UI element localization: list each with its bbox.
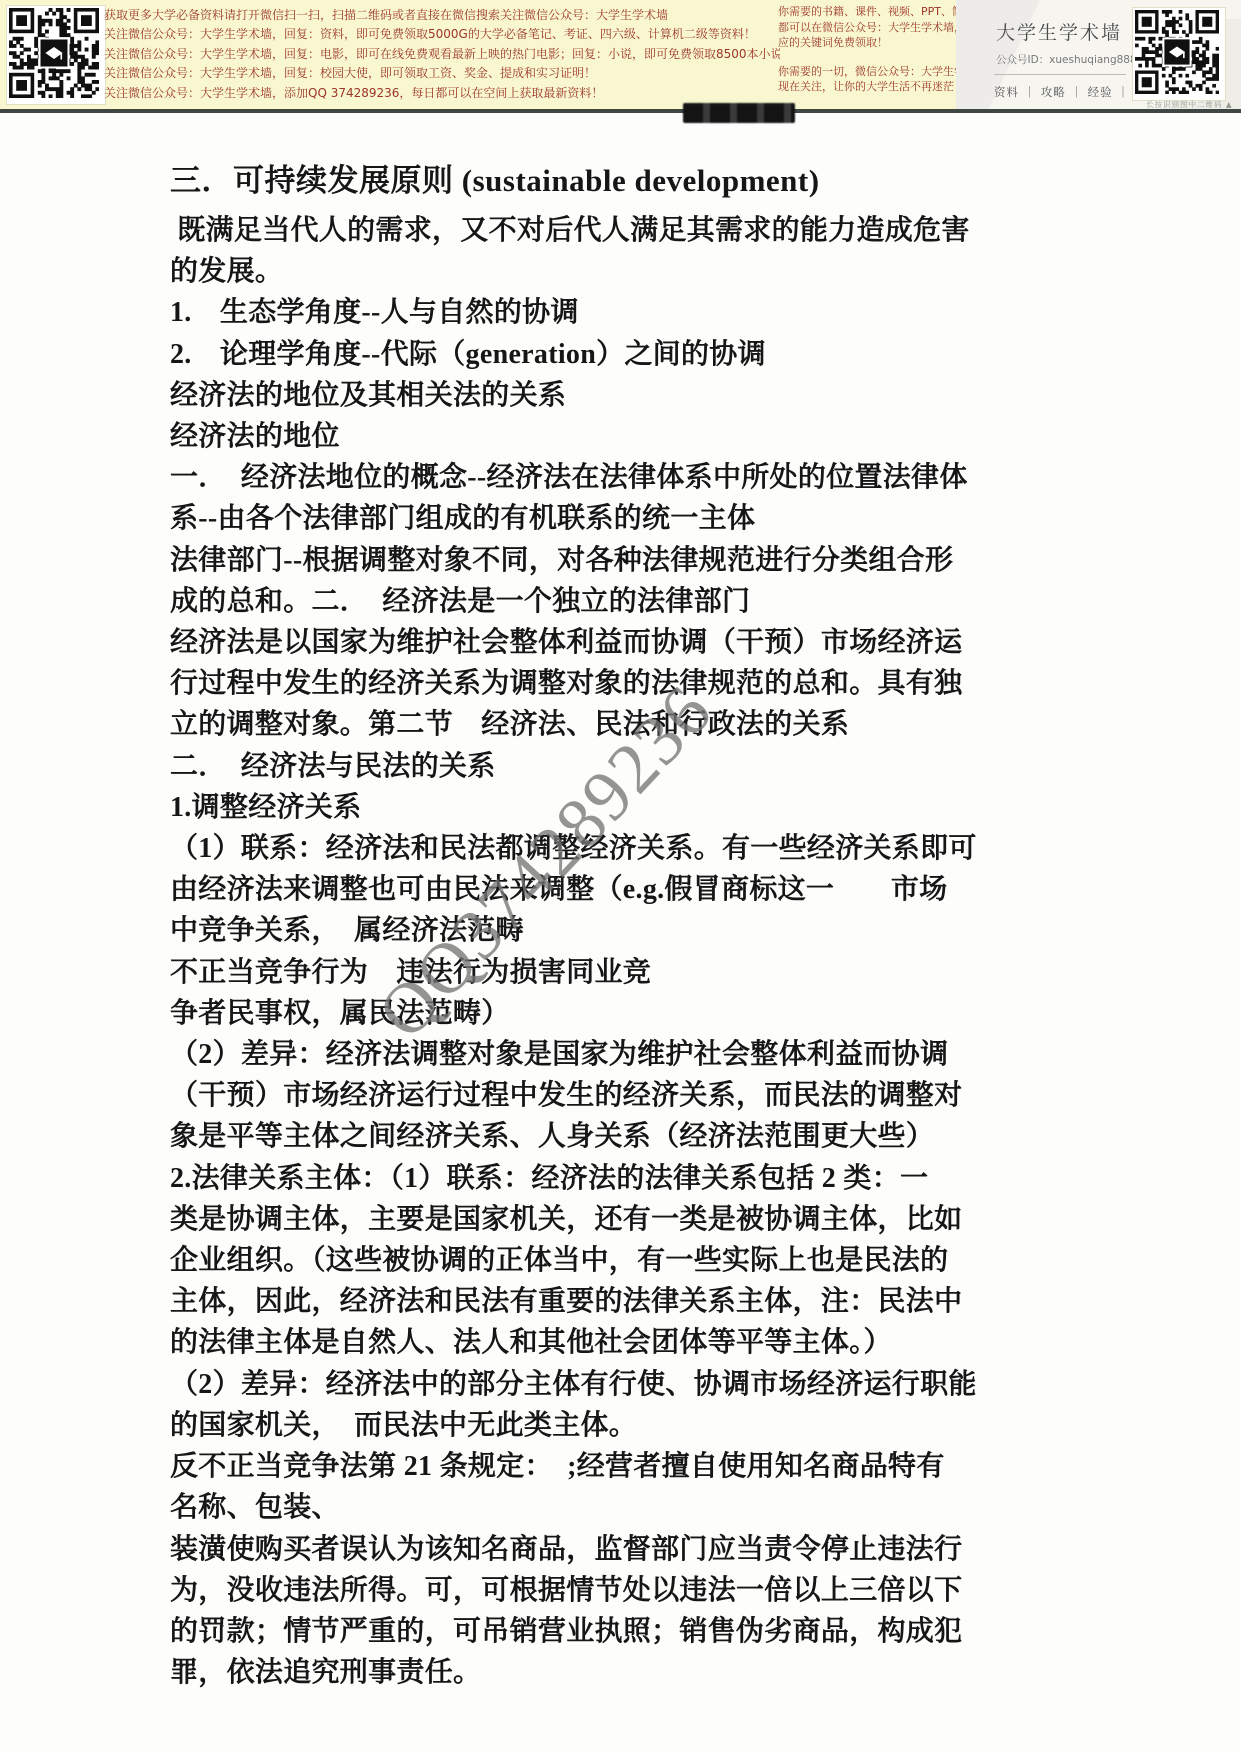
middle-note-block: 你需要的书籍、课件、视频、PPT、简历模板都可以在微信公众号：大学生学术墙，回复…	[778, 4, 964, 95]
promo-line: 关注微信公众号：大学生学术墙，回复：资料，即可免费领取5000G的大学必备笔记、…	[104, 25, 780, 44]
document-line: 争者民事权，属民法范畴）	[170, 993, 975, 1034]
note-line: 你需要的书籍、课件、视频、PPT、简历模板	[778, 4, 964, 20]
banner-bottom-border	[0, 109, 1241, 113]
promo-line: 关注微信公众号：大学生学术墙，回复：校园大使，即可领取工资、奖金、提成和实习证明…	[104, 64, 780, 83]
document-line: （干预）市场经济运行过程中发生的经济关系，而民法的调整对	[170, 1075, 975, 1116]
document-line: 法律部门--根据调整对象不同，对各种法律规范进行分类组合形	[170, 540, 975, 581]
scan-artifact	[683, 103, 795, 123]
promo-banner: 获取更多大学必备资料请打开微信扫一扫，扫描二维码或者直接在微信搜索关注微信公众号…	[0, 0, 1241, 112]
note-a: 你需要的书籍、课件、视频、PPT、简历模板都可以在微信公众号：大学生学术墙，回复…	[778, 4, 964, 51]
document-line: 一． 经济法地位的概念--经济法在法律体系中所处的位置法律体	[170, 457, 975, 498]
document-line: 的发展。	[170, 251, 975, 292]
document-line: 象是平等主体之间经济关系、人身关系（经济法范围更大些）	[170, 1116, 975, 1157]
document-line: 经济法的地位	[170, 416, 975, 457]
document-line: 行过程中发生的经济关系为调整对象的法律规范的总和。具有独	[170, 663, 975, 704]
document-line: 2. 论理学角度--代际（generation）之间的协调	[170, 334, 975, 375]
document-body: 三．可持续发展原则 (sustainable development) 既满足当…	[170, 158, 975, 1693]
document-line: 经济法的地位及其相关法的关系	[170, 375, 975, 416]
document-line: 名称、包装、	[170, 1487, 975, 1528]
document-line: 既满足当代人的需求，又不对后代人满足其需求的能力造成危害	[170, 210, 975, 251]
qr-code-left-icon	[7, 6, 105, 104]
document-line: （2）差异：经济法中的部分主体有行使、协调市场经济运行职能	[170, 1364, 975, 1405]
document-line: 系--由各个法律部门组成的有机联系的统一主体	[170, 498, 975, 539]
qr-code-icon	[9, 8, 99, 98]
document-line: 成的总和。二． 经济法是一个独立的法律部门	[170, 581, 975, 622]
document-line: 的法律主体是自然人、法人和其他社会团体等平等主体。）	[170, 1322, 975, 1363]
document-line: 的国家机关， 而民法中无此类主体。	[170, 1405, 975, 1446]
promo-line: 关注微信公众号：大学生学术墙，添加QQ 374289236，每日都可以在空间上获…	[104, 84, 780, 103]
document-line: 类是协调主体，主要是国家机关，还有一类是被协调主体，比如	[170, 1199, 975, 1240]
qr-code-right-icon	[1133, 8, 1225, 100]
document-title: 三．可持续发展原则 (sustainable development)	[170, 158, 975, 204]
account-title: 大学生学术墙	[996, 18, 1122, 45]
scanned-page: 获取更多大学必备资料请打开微信扫一扫，扫描二维码或者直接在微信搜索关注微信公众号…	[0, 0, 1241, 1753]
note-b: 你需要的一切，微信公众号：大学生学术墙，都有！现在关注，让你的大学生活不再迷茫！	[778, 64, 964, 95]
document-line: 反不正当竞争法第 21 条规定： ;经营者擅自使用知名商品特有	[170, 1446, 975, 1487]
document-line: 企业组织。（这些被协调的正体当中，有一些实际上也是民法的	[170, 1240, 975, 1281]
promo-line: 获取更多大学必备资料请打开微信扫一扫，扫描二维码或者直接在微信搜索关注微信公众号…	[104, 6, 780, 25]
note-line: 现在关注，让你的大学生活不再迷茫！	[778, 79, 964, 95]
document-line: 主体，因此，经济法和民法有重要的法律关系主体，注：民法中	[170, 1281, 975, 1322]
document-line: 1. 生态学角度--人与自然的协调	[170, 292, 975, 333]
document-line: 经济法是以国家为维护社会整体利益而协调（干预）市场经济运	[170, 622, 975, 663]
promo-line: 关注微信公众号：大学生学术墙，回复：电影，即可在线免费观看最新上映的热门电影；回…	[104, 45, 780, 64]
note-line: 应的关键词免费领取！	[778, 35, 964, 51]
document-line: 罪，依法追究刑事责任。	[170, 1652, 975, 1693]
divider	[994, 74, 1126, 75]
note-line: 都可以在微信公众号：大学生学术墙，回复相	[778, 20, 964, 36]
document-line: 的罚款；情节严重的，可吊销营业执照；销售伪劣商品，构成犯	[170, 1611, 975, 1652]
document-line: （2）差异：经济法调整对象是国家为维护社会整体利益而协调	[170, 1034, 975, 1075]
note-line: 你需要的一切，微信公众号：大学生学术墙，都有！	[778, 64, 964, 80]
account-id: 公众号ID：xueshuqiang8888	[996, 52, 1143, 67]
document-line: 中竞争关系， 属经济法范畴	[170, 910, 975, 951]
document-line: 不正当竞争行为 违法行为损害同业竞	[170, 952, 975, 993]
qr-code-icon	[1135, 10, 1219, 94]
document-line: 为，没收违法所得。可，可根据情节处以违法一倍以上三倍以下	[170, 1570, 975, 1611]
document-line: 立的调整对象。第二节 经济法、民法和行政法的关系	[170, 704, 975, 745]
promo-text-block: 获取更多大学必备资料请打开微信扫一扫，扫描二维码或者直接在微信搜索关注微信公众号…	[104, 6, 780, 103]
document-line: 2.法律关系主体：（1）联系：经济法的法律关系包括 2 类：一	[170, 1158, 975, 1199]
document-line: 装潢使购买者误认为该知名商品，监督部门应当责令停止违法行	[170, 1529, 975, 1570]
